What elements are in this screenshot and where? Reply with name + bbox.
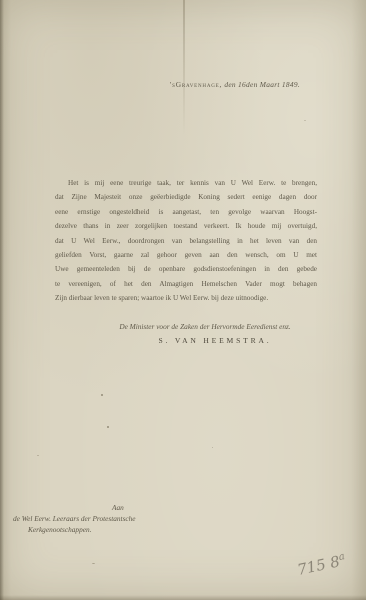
paper-speck bbox=[101, 394, 103, 396]
paper-speck bbox=[304, 120, 306, 121]
paper-speck bbox=[107, 426, 109, 428]
paper-speck bbox=[92, 563, 95, 564]
address-block: Aan de Wel Eerw. Leeraars der Protestant… bbox=[0, 502, 136, 535]
paper-speck bbox=[37, 455, 39, 456]
paper-speck bbox=[212, 447, 213, 448]
body-line: Het is mij eene treurige taak, ter kenni… bbox=[55, 176, 317, 190]
body-line: dat Zijne Majesteit onze geëerbiedigde K… bbox=[55, 190, 317, 204]
closing-title: De Minister voor de Zaken der Hervormde … bbox=[74, 322, 336, 331]
body-line: Zijn dierbaar leven te sparen; waartoe i… bbox=[55, 291, 317, 305]
letter-body: Het is mij eene treurige taak, ter kenni… bbox=[55, 176, 317, 306]
body-line: te vereenigen, of het den Almagtigen Hem… bbox=[55, 277, 317, 291]
body-line: dezelve thans in zeer zorgelijken toesta… bbox=[55, 219, 317, 233]
body-line: eene ernstige ongesteldheid is aangetast… bbox=[55, 205, 317, 219]
address-line: Aan bbox=[112, 502, 136, 513]
body-line: geliefden Vorst, gaarne zal gehoor geven… bbox=[55, 248, 317, 262]
handwritten-mark-main: 715 8 bbox=[296, 552, 342, 579]
body-line: dat U Wel Eerw., doordrongen van belangs… bbox=[55, 234, 317, 248]
dateline-place: 'sGravenhage, bbox=[170, 80, 222, 89]
dateline: 'sGravenhage, den 16den Maart 1849. bbox=[170, 80, 300, 89]
address-line: de Wel Eerw. Leeraars der Protestantsche bbox=[13, 513, 136, 524]
scanned-letter-page: 'sGravenhage, den 16den Maart 1849. Het … bbox=[0, 0, 366, 600]
dateline-date: den 16den Maart 1849. bbox=[224, 80, 300, 89]
address-line: Kerkgenootschappen. bbox=[28, 524, 136, 535]
signature: S. VAN HEEMSTRA. bbox=[84, 336, 346, 345]
body-line: Uwe gemeenteleden bij de openbare godsdi… bbox=[55, 262, 317, 276]
handwritten-inventory-mark: 715 8a bbox=[296, 551, 348, 579]
handwritten-mark-superscript: a bbox=[338, 551, 346, 563]
paper-bottom-edge-shadow bbox=[0, 595, 366, 600]
paper-fold-crease bbox=[183, 0, 185, 135]
